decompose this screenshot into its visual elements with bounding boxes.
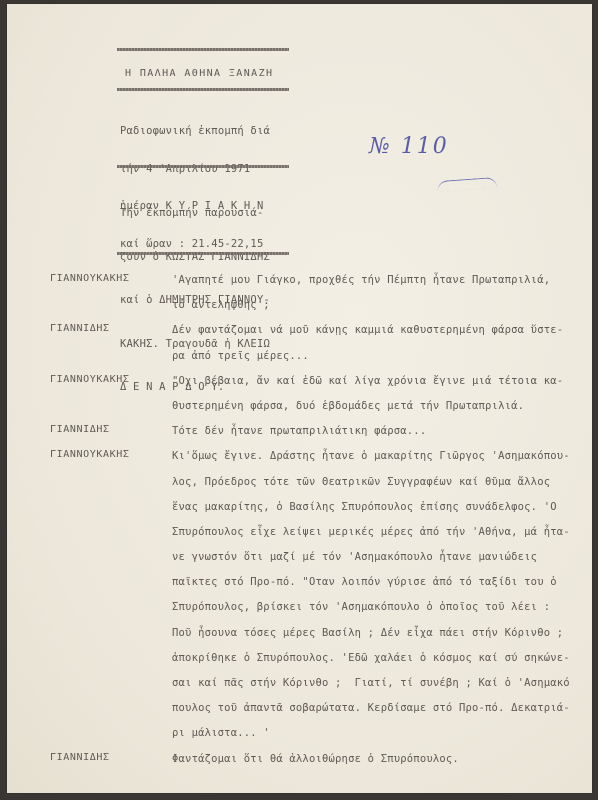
dialogue-turn: ΓΙΑΝΝΙΔΗΣ Δέν φαντάζομαι νά μοῦ κάνῃς κα… — [50, 323, 595, 373]
dialogue-line: Τότε δέν ἦτανε πρωταπριλιάτικη φάρσα... — [172, 424, 595, 449]
dialogue-turn: ΓΙΑΝΝΙΔΗΣ Τότε δέν ἦτανε πρωταπριλιάτικη… — [50, 424, 595, 449]
dialogue-line: Κι'ὅμως ἔγινε. Δράστης ἦτανε ὁ μακαρίτης… — [172, 449, 595, 474]
dialogue-line: νε γνωστόν ὅτι μαζί μέ τόν 'Ασημακόπουλο… — [172, 550, 595, 575]
dialogue-turn: ΓΙΑΝΝΙΔΗΣ Φαντάζομαι ὅτι θά ἀλλοιθώρησε … — [50, 752, 595, 777]
presenters-line: Τήν ἐκπομπήν παρουσιά- — [120, 206, 270, 221]
typewritten-page: Η ΠΑΛΗΑ ΑΘΗΝΑ ΞΑΝΑΖΗ Ραδιοφωνική ἐκπομπή… — [7, 4, 592, 793]
dialogue-line: ἕνας μακαρίτης, ὁ Βασίλης Σπυρόπουλος ἐπ… — [172, 500, 595, 525]
speaker-name: ΓΙΑΝΝΟΥΚΑΚΗΣ — [50, 273, 129, 284]
header-rule-2 — [117, 88, 289, 91]
dialogue-turn: ΓΙΑΝΝΟΥΚΑΚΗΣ "Οχι βέβαια, ἄν καί ἐδῶ καί… — [50, 374, 595, 424]
dialogue-turn: ΓΙΑΝΝΟΥΚΑΚΗΣ 'Αγαπητέ μου Γιάγκο, προχθέ… — [50, 273, 595, 323]
dialogue-line: πουλος τοῦ ἀπαντᾶ σοβαρώτατα. Κερδίσαμε … — [172, 701, 595, 726]
speaker-name: ΓΙΑΝΝΟΥΚΑΚΗΣ — [50, 374, 129, 385]
program-title: Η ΠΑΛΗΑ ΑΘΗΝΑ ΞΑΝΑΖΗ — [125, 68, 273, 79]
dialogue-line: Σπυρόπουλος, βρίσκει τόν 'Ασημακόπουλο ὁ… — [172, 600, 595, 625]
info-line: Ραδιοφωνική ἐκπομπή διά — [120, 125, 270, 138]
header-bottom-rule — [117, 252, 289, 255]
dialogue-line: ρα ἀπό τρεῖς μέρες... — [172, 349, 595, 374]
handwritten-number: № 110 — [369, 134, 449, 159]
header-rule-3 — [117, 165, 289, 168]
handwritten-underline — [437, 177, 498, 192]
speaker-name: ΓΙΑΝΝΙΔΗΣ — [50, 752, 110, 763]
dialogue-line: Ποῦ ἦσουνα τόσες μέρες Βασίλη ; Δέν εἶχα… — [172, 626, 595, 651]
dialogue-line: Δέν φαντάζομαι νά μοῦ κάνῃς καμμιά καθυσ… — [172, 323, 595, 348]
speaker-name: ΓΙΑΝΝΟΥΚΑΚΗΣ — [50, 449, 129, 460]
dialogue-script: ΓΙΑΝΝΟΥΚΑΚΗΣ 'Αγαπητέ μου Γιάγκο, προχθέ… — [50, 273, 595, 777]
dialogue-line: ἀποκρίθηκε ὁ Σπυρόπουλος. 'Εδῶ χαλάει ὁ … — [172, 651, 595, 676]
dialogue-line: σαι καί πᾶς στήν Κόρινθο ; Γιατί, τί συν… — [172, 676, 595, 701]
dialogue-line: θυστερημένη φάρσα, δυό ἑβδομάδες μετά τή… — [172, 399, 595, 424]
dialogue-line: παῖκτες στό Προ-πό. "Οταν λοιπόν γύρισε … — [172, 575, 595, 600]
dialogue-turn: ΓΙΑΝΝΟΥΚΑΚΗΣ Κι'ὅμως ἔγινε. Δράστης ἦταν… — [50, 449, 595, 751]
dialogue-line: Φαντάζομαι ὅτι θά ἀλλοιθώρησε ὁ Σπυρόπου… — [172, 752, 595, 777]
dialogue-line: Σπυρόπουλος εἶχε λείψει μερικές μέρες ἀπ… — [172, 525, 595, 550]
dialogue-line: ρι μάλιστα... ' — [172, 726, 595, 751]
dialogue-line: λος, Πρόεδρος τότε τῶν Θεατρικῶν Συγγραφ… — [172, 475, 595, 500]
dialogue-line: τό ἀντελήφθης ; — [172, 298, 595, 323]
speaker-name: ΓΙΑΝΝΙΔΗΣ — [50, 424, 110, 435]
header-top-rule — [117, 48, 289, 51]
dialogue-line: "Οχι βέβαια, ἄν καί ἐδῶ καί λίγα χρόνια … — [172, 374, 595, 399]
dialogue-line: 'Αγαπητέ μου Γιάγκο, προχθές τήν Πέμπτη … — [172, 273, 595, 298]
speaker-name: ΓΙΑΝΝΙΔΗΣ — [50, 323, 110, 334]
